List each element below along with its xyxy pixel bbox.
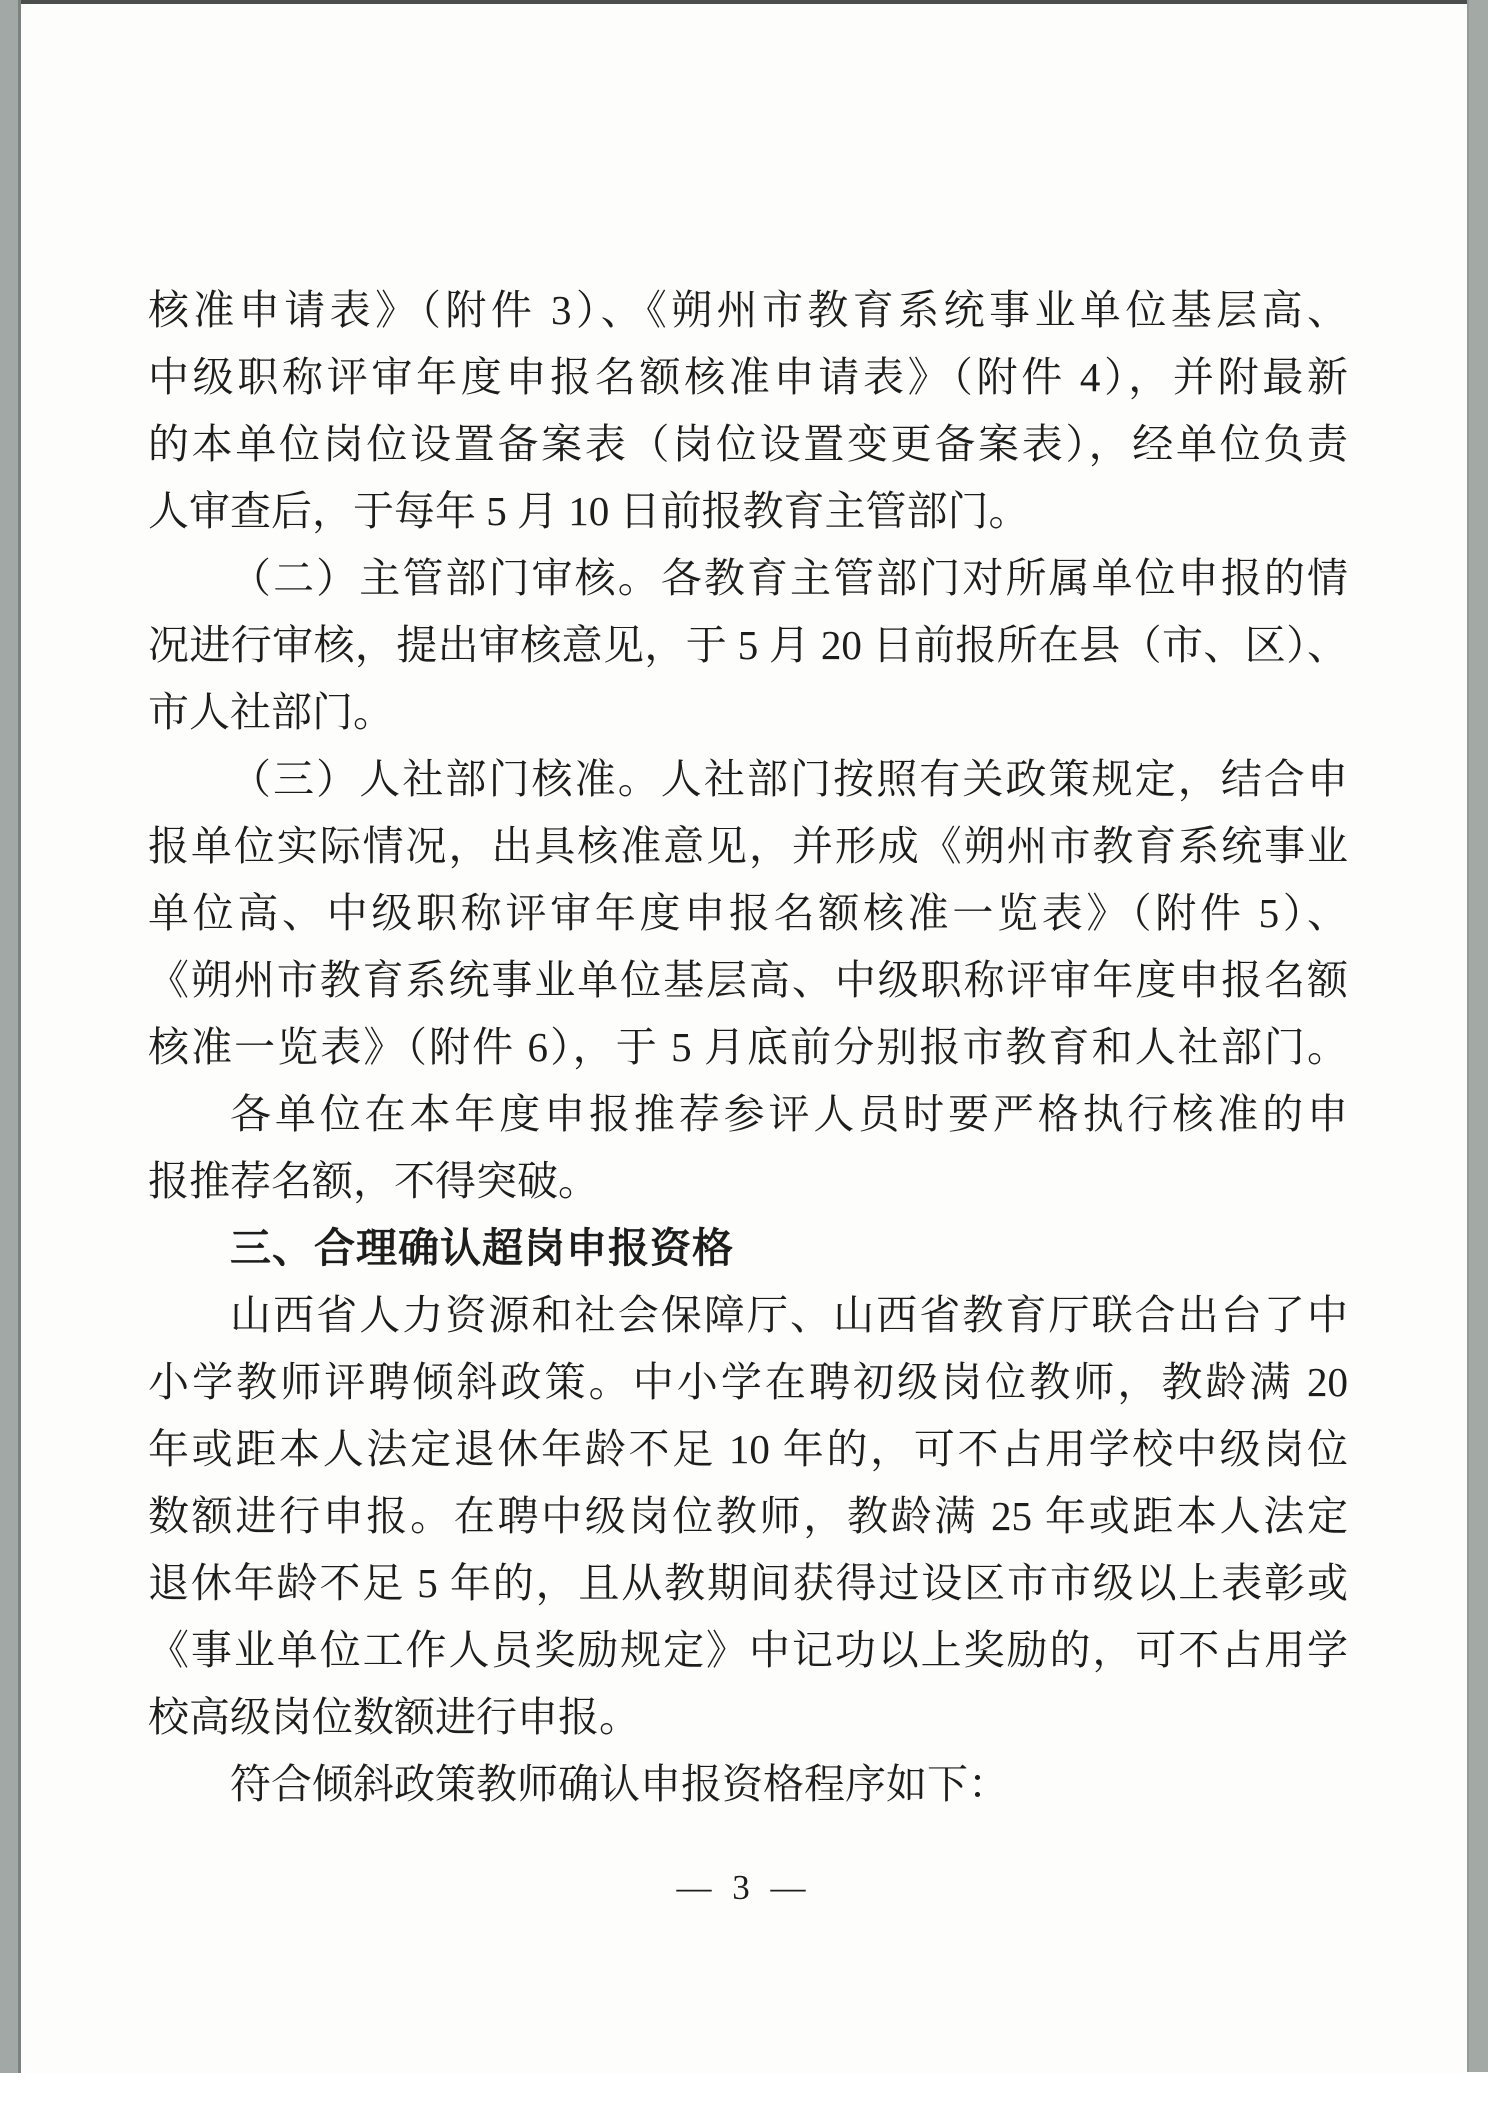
scan-edge-left	[0, 0, 21, 2073]
document-line: 年或距本人法定退休年龄不足 10 年的，可不占用学校中级岗位	[148, 1416, 1348, 1483]
document-body: 核准申请表》（附件 3）、《朔州市教育系统事业单位基层高、中级职称评审年度申报名…	[148, 277, 1348, 1818]
document-line: 退休年龄不足 5 年的，且从教期间获得过设区市市级以上表彰或	[148, 1550, 1348, 1617]
document-line: 小学教师评聘倾斜政策。中小学在聘初级岗位教师，教龄满 20	[148, 1349, 1348, 1416]
document-line: 况进行审核，提出审核意见，于 5 月 20 日前报所在县（市、区）、	[148, 612, 1348, 679]
document-line: 各单位在本年度申报推荐参评人员时要严格执行核准的申	[148, 1081, 1348, 1148]
document-line: 《事业单位工作人员奖励规定》中记功以上奖励的，可不占用学	[148, 1617, 1348, 1684]
document-line: 中级职称评审年度申报名额核准申请表》（附件 4），并附最新	[148, 344, 1348, 411]
document-line: 人审查后，于每年 5 月 10 日前报教育主管部门。	[148, 478, 1348, 545]
document-line: 数额进行申报。在聘中级岗位教师，教龄满 25 年或距本人法定	[148, 1483, 1348, 1550]
document-line: 报单位实际情况，出具核准意见，并形成《朔州市教育系统事业	[148, 813, 1348, 880]
document-line: 单位高、中级职称评审年度申报名额核准一览表》（附件 5）、	[148, 880, 1348, 947]
section-heading: 三、合理确认超岗申报资格	[148, 1215, 1348, 1282]
document-line: （二）主管部门审核。各教育主管部门对所属单位申报的情	[148, 545, 1348, 612]
document-line: 报推荐名额，不得突破。	[148, 1148, 1348, 1215]
document-line: 核准一览表》（附件 6），于 5 月底前分别报市教育和人社部门。	[148, 1014, 1348, 1081]
document-line: （三）人社部门核准。人社部门按照有关政策规定，结合申	[148, 746, 1348, 813]
document-line: 校高级岗位数额进行申报。	[148, 1684, 1348, 1751]
document-line: 市人社部门。	[148, 679, 1348, 746]
page-number: — 3 —	[0, 1868, 1488, 1908]
scan-edge-top	[21, 0, 1467, 4]
document-line: 的本单位岗位设置备案表（岗位设置变更备案表），经单位负责	[148, 411, 1348, 478]
document-line: 核准申请表》（附件 3）、《朔州市教育系统事业单位基层高、	[148, 277, 1348, 344]
document-line: 符合倾斜政策教师确认申报资格程序如下：	[148, 1751, 1348, 1818]
document-line: 《朔州市教育系统事业单位基层高、中级职称评审年度申报名额	[148, 947, 1348, 1014]
scan-edge-right	[1467, 0, 1488, 2072]
scan-edge-bottom	[0, 2073, 1488, 2104]
scanned-page: 核准申请表》（附件 3）、《朔州市教育系统事业单位基层高、中级职称评审年度申报名…	[0, 0, 1488, 2104]
document-line: 山西省人力资源和社会保障厅、山西省教育厅联合出台了中	[148, 1282, 1348, 1349]
